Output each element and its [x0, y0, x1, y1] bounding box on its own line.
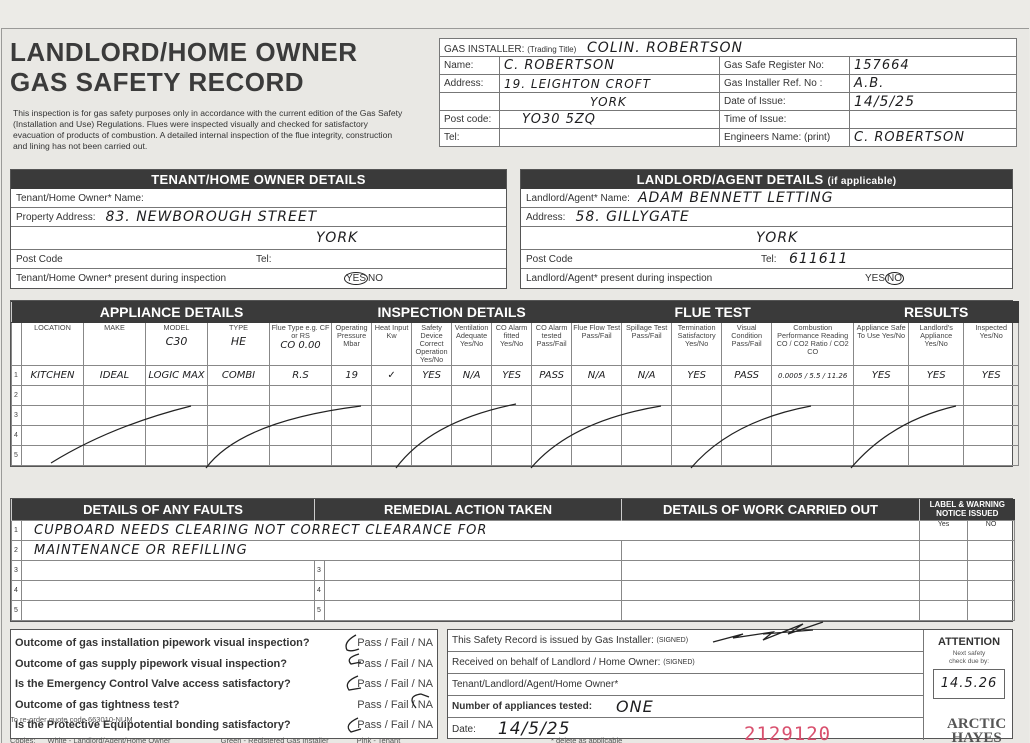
col-co-alarm-fitted: CO Alarm fitted Yes/No: [492, 323, 532, 366]
landlord-address-row2[interactable]: York: [521, 227, 1012, 250]
faults-header: DETAILS OF ANY FAULTS: [12, 499, 315, 520]
serial-number: 2129120: [744, 723, 831, 743]
appliance-row: 3: [12, 406, 1019, 426]
landlord-present-toggle[interactable]: YESNO: [865, 273, 904, 284]
delete-note: * delete as applicable: [551, 736, 622, 743]
faults-table: DETAILS OF ANY FAULTS REMEDIAL ACTION TA…: [10, 498, 1013, 622]
property-address-row[interactable]: Property Address: 83. Newborough Street: [11, 208, 506, 227]
answer-options[interactable]: Pass / Fail / NA: [357, 658, 433, 670]
form-title: LANDLORD/HOME OWNER GAS SAFETY RECORD: [10, 37, 357, 97]
work-carried-out-header: DETAILS OF WORK CARRIED OUT: [622, 499, 920, 520]
col-heat-input: Heat Input Kw: [372, 323, 412, 366]
section-results: RESULTS: [854, 302, 1019, 323]
cell-flue-type[interactable]: R.S: [270, 366, 332, 386]
landlord-name-row[interactable]: Landlord/Agent* Name: Adam Bennett Letti…: [521, 189, 1012, 208]
cell-visual[interactable]: Pass: [722, 366, 772, 386]
fault-line-1[interactable]: Cupboard needs clearing not correct clea…: [22, 520, 920, 540]
issued-by-row: This Safety Record is issued by Gas Inst…: [448, 630, 924, 652]
appliances-tested-row: Number of appliances tested: One: [448, 696, 924, 718]
copies-legend: Copies: White - Landlord/Agent/Home Owne…: [10, 736, 470, 743]
col-landlords-appliance: Landlord's Appliance Yes/No: [909, 323, 964, 366]
cell-make[interactable]: Ideal: [84, 366, 146, 386]
landlord-present-row: Landlord/Agent* present during inspectio…: [521, 269, 1012, 288]
col-termination: Termination Satisfactory Yes/No: [672, 323, 722, 366]
question-row: Is the Emergency Control Valve access sa…: [15, 674, 433, 695]
brand-logo: ARCTIC HAYES: [947, 717, 1006, 743]
appliance-row: 5: [12, 446, 1019, 466]
installer-postcode-field[interactable]: YO30 5ZQ: [500, 111, 720, 129]
answer-options[interactable]: Pass / Fail / NA: [357, 699, 433, 711]
col-make: MAKE: [84, 323, 146, 366]
appliance-row: 1 Kitchen Ideal Logic Max Combi R.S 19 ✓…: [12, 366, 1019, 386]
answer-options[interactable]: Pass / Fail / NA: [357, 678, 433, 690]
landlord-present-yes[interactable]: YES: [865, 273, 885, 284]
cell-operating-pressure[interactable]: 19: [332, 366, 372, 386]
section-flue-test: FLUE TEST: [572, 302, 854, 323]
cell-landlords-appliance[interactable]: Yes: [909, 366, 964, 386]
tenant-details-header: TENANT/HOME OWNER DETAILS: [11, 170, 506, 189]
cell-safe-to-use[interactable]: Yes: [854, 366, 909, 386]
cell-heat-input[interactable]: ✓: [372, 366, 412, 386]
col-safety-device: Safety Device Correct Operation Yes/No: [412, 323, 452, 366]
trading-title-value[interactable]: Colin. Robertson: [587, 40, 743, 56]
installer-ref-field[interactable]: A.B.: [850, 75, 1017, 93]
landlord-address-line1[interactable]: 58. Gillygate: [575, 209, 689, 225]
next-check-date-field[interactable]: 14.5.26: [933, 669, 1005, 699]
column-header-row: LOCATION MAKE MODELC30 TYPEHE Flue Type …: [12, 323, 1019, 366]
landlord-name-field[interactable]: Adam Bennett Letting: [638, 190, 833, 206]
property-address-line1[interactable]: 83. Newborough Street: [105, 209, 317, 225]
landlord-tel-field[interactable]: 611611: [789, 251, 848, 267]
gas-safety-record-form: LANDLORD/HOME OWNER GAS SAFETY RECORD Th…: [1, 28, 1029, 743]
tenant-present-toggle[interactable]: YESNO: [344, 273, 383, 284]
tenant-present-yes[interactable]: YES: [344, 272, 368, 285]
section-inspection-details: INSPECTION DETAILS: [332, 302, 572, 323]
col-ventilation: Ventilation Adequate Yes/No: [452, 323, 492, 366]
tenant-present-no[interactable]: NO: [368, 273, 383, 284]
gas-safe-register-field[interactable]: 157664: [850, 57, 1017, 75]
role-row[interactable]: Tenant/Landlord/Agent/Home Owner*: [448, 674, 924, 696]
received-by-row[interactable]: Received on behalf of Landlord / Home Ow…: [448, 652, 924, 674]
appliance-row: 4: [12, 426, 1019, 446]
remedial-header: REMEDIAL ACTION TAKEN: [315, 499, 622, 520]
col-operating-pressure: Operating Pressure Mbar: [332, 323, 372, 366]
landlord-details-box: LANDLORD/AGENT DETAILS (if applicable) L…: [520, 169, 1013, 289]
time-of-issue-field[interactable]: [850, 111, 1017, 129]
installer-name-field[interactable]: C. Robertson: [500, 57, 720, 75]
installer-signature[interactable]: [703, 620, 843, 648]
appliances-tested-field[interactable]: One: [616, 697, 654, 716]
cell-type[interactable]: Combi: [208, 366, 270, 386]
installer-address-line2[interactable]: York: [500, 93, 720, 111]
cell-model[interactable]: Logic Max: [146, 366, 208, 386]
col-combustion: Combustion Performance Reading CO / CO2 …: [772, 323, 854, 366]
tenant-name-row[interactable]: Tenant/Home Owner* Name:: [11, 189, 506, 208]
cell-flue-flow[interactable]: N/A: [572, 366, 622, 386]
section-appliance-details: APPLIANCE DETAILS: [12, 302, 332, 323]
landlord-present-no[interactable]: NO: [885, 272, 904, 285]
cell-inspected[interactable]: Yes: [964, 366, 1019, 386]
landlord-address-row[interactable]: Address: 58. Gillygate: [521, 208, 1012, 227]
col-location: LOCATION: [22, 323, 84, 366]
cell-co-alarm-fitted[interactable]: Yes: [492, 366, 532, 386]
cell-ventilation[interactable]: N/A: [452, 366, 492, 386]
installer-tel-field[interactable]: [500, 129, 720, 147]
notice-yes-option[interactable]: Yes: [920, 520, 968, 540]
tenant-details-box: TENANT/HOME OWNER DETAILS Tenant/Home Ow…: [10, 169, 507, 289]
warning-notice-header: LABEL & WARNING NOTICE ISSUED: [920, 499, 1015, 520]
tenant-postcode-row[interactable]: Post Code Tel:: [11, 250, 506, 269]
form-intro-text: This inspection is for gas safety purpos…: [13, 108, 408, 152]
col-model: MODELC30: [146, 323, 208, 366]
reorder-code: To re-order quote code 663010-NUM: [10, 715, 133, 724]
notice-no-option[interactable]: NO: [968, 520, 1015, 540]
col-spillage: Spillage Test Pass/Fail: [622, 323, 672, 366]
cell-location[interactable]: Kitchen: [22, 366, 84, 386]
col-flue-flow: Flue Flow Test Pass/Fail: [572, 323, 622, 366]
landlord-address-line2[interactable]: York: [756, 230, 798, 246]
col-flue-type: Flue Type e.g. CF or RSCO 0.00: [270, 323, 332, 366]
col-safe-to-use: Appliance Safe To Use Yes/No: [854, 323, 909, 366]
appliance-row: 2: [12, 386, 1019, 406]
gas-installer-box: GAS INSTALLER: (Trading Title) Colin. Ro…: [439, 38, 1017, 147]
signoff-box: This Safety Record is issued by Gas Inst…: [447, 629, 1013, 739]
attention-panel: ATTENTION Next safety check due by: 14.5…: [926, 636, 1012, 699]
col-type: TYPEHE: [208, 323, 270, 366]
appliance-table: APPLIANCE DETAILS INSPECTION DETAILS FLU…: [10, 300, 1013, 467]
answer-options[interactable]: Pass / Fail / NA: [357, 719, 433, 731]
col-visual: Visual Condition Pass/Fail: [722, 323, 772, 366]
col-inspected: Inspected Yes/No: [964, 323, 1019, 366]
landlord-postcode-row[interactable]: Post Code Tel: 611611: [521, 250, 1012, 269]
question-row: Outcome of gas installation pipework vis…: [15, 633, 433, 654]
col-co-alarm-tested: CO Alarm tested Pass/Fail: [532, 323, 572, 366]
landlord-details-header: LANDLORD/AGENT DETAILS (if applicable): [521, 170, 1012, 189]
cell-termination[interactable]: Yes: [672, 366, 722, 386]
cell-combustion[interactable]: 0.0005 / 5.5 / 11.26: [772, 366, 854, 386]
tenant-present-row: Tenant/Home Owner* present during inspec…: [11, 269, 506, 288]
property-address-row2[interactable]: York: [11, 227, 506, 250]
fault-line-2[interactable]: maintenance or refilling: [22, 540, 622, 560]
date-row: Date: 14/5/25: [448, 718, 924, 740]
cell-safety-device[interactable]: Yes: [412, 366, 452, 386]
question-row: Outcome of gas supply pipework visual in…: [15, 654, 433, 675]
answer-options[interactable]: Pass / Fail / NA: [357, 637, 433, 649]
trading-title-row: GAS INSTALLER: (Trading Title) Colin. Ro…: [440, 39, 1017, 57]
cell-co-alarm-tested[interactable]: Pass: [532, 366, 572, 386]
engineer-name-field[interactable]: C. Robertson: [850, 129, 1017, 147]
question-row: Outcome of gas tightness test?Pass / Fai…: [15, 695, 433, 716]
cell-spillage[interactable]: N/A: [622, 366, 672, 386]
property-address-line2[interactable]: York: [316, 230, 358, 246]
installer-address-line1[interactable]: 19. Leighton Croft: [500, 75, 720, 93]
date-of-issue-field[interactable]: 14/5/25: [850, 93, 1017, 111]
